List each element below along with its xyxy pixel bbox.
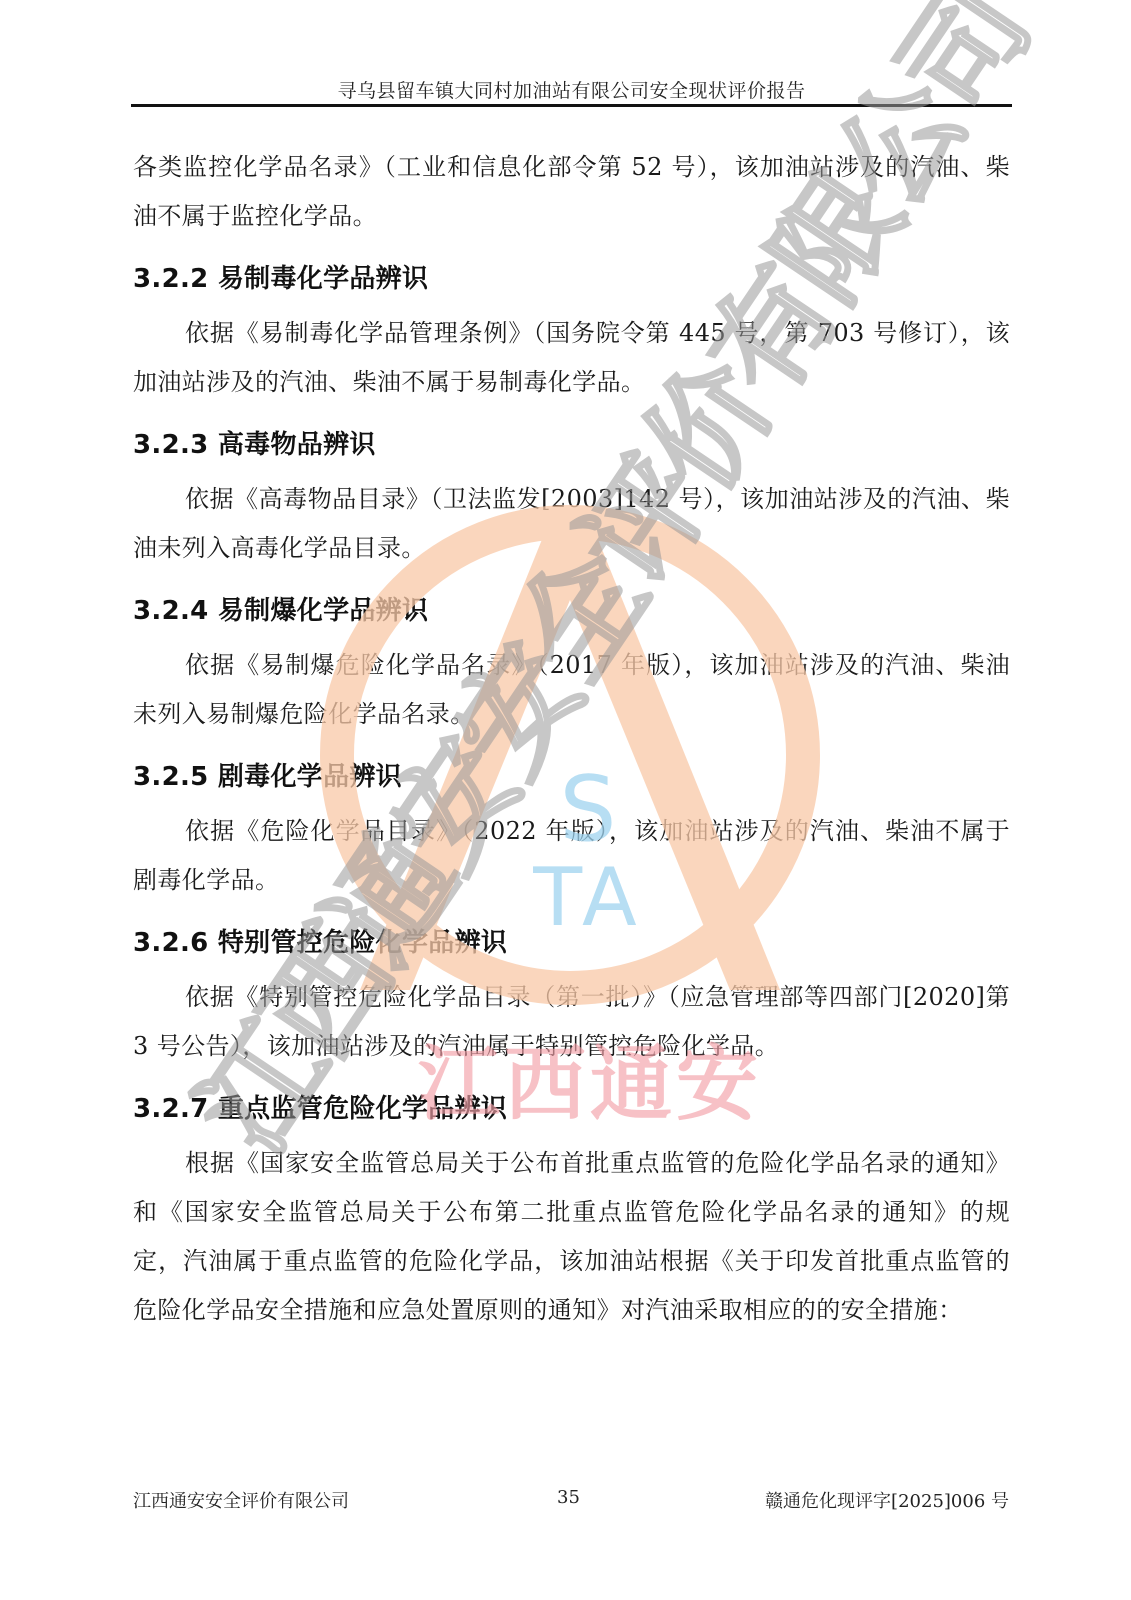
section-3-2-2: 3.2.2 易制毒化学品辨识 依据《易制毒化学品管理条例》（国务院令第 445 … <box>133 261 1010 407</box>
footer-company: 江西通安安全评价有限公司 <box>133 1487 349 1513</box>
section-body: 依据《危险化学品目录》（2022 年版），该加油站涉及的汽油、柴油不属于剧毒化学… <box>133 807 1010 905</box>
section-heading: 3.2.2 易制毒化学品辨识 <box>133 261 1010 297</box>
footer-page-number: 35 <box>557 1487 580 1508</box>
section-3-2-4: 3.2.4 易制爆化学品辨识 依据《易制爆危险化学品名录》（2017 年版），该… <box>133 593 1010 739</box>
section-body: 依据《易制毒化学品管理条例》（国务院令第 445 号，第 703 号修订），该加… <box>133 309 1010 407</box>
footer-report-number: 赣通危化现评字[2025]006 号 <box>765 1487 1009 1513</box>
page-content: 各类监控化学品名录》（工业和信息化部令第 52 号），该加油站涉及的汽油、柴油不… <box>133 143 1010 1335</box>
page-header-title: 寻乌县留车镇大同村加油站有限公司安全现状评价报告 <box>133 76 1010 103</box>
document-page: 寻乌县留车镇大同村加油站有限公司安全现状评价报告 各类监控化学品名录》（工业和信… <box>0 0 1131 1600</box>
section-3-2-5: 3.2.5 剧毒化学品辨识 依据《危险化学品目录》（2022 年版），该加油站涉… <box>133 759 1010 905</box>
section-body: 依据《特别管控危险化学品目录（第一批）》（应急管理部等四部门[2020]第 3 … <box>133 973 1010 1071</box>
section-3-2-3: 3.2.3 高毒物品辨识 依据《高毒物品目录》（卫法监发[2003]142 号）… <box>133 427 1010 573</box>
section-3-2-6: 3.2.6 特别管控危险化学品辨识 依据《特别管控危险化学品目录（第一批）》（应… <box>133 925 1010 1071</box>
section-heading: 3.2.3 高毒物品辨识 <box>133 427 1010 463</box>
section-heading: 3.2.5 剧毒化学品辨识 <box>133 759 1010 795</box>
section-body: 根据《国家安全监管总局关于公布首批重点监管的危险化学品名录的通知》和《国家安全监… <box>133 1139 1010 1335</box>
section-heading: 3.2.7 重点监管危险化学品辨识 <box>133 1091 1010 1127</box>
section-body: 依据《易制爆危险化学品名录》（2017 年版），该加油站涉及的汽油、柴油未列入易… <box>133 641 1010 739</box>
intro-paragraph: 各类监控化学品名录》（工业和信息化部令第 52 号），该加油站涉及的汽油、柴油不… <box>133 143 1010 241</box>
header-divider <box>131 104 1012 107</box>
section-body: 依据《高毒物品目录》（卫法监发[2003]142 号），该加油站涉及的汽油、柴油… <box>133 475 1010 573</box>
section-3-2-7: 3.2.7 重点监管危险化学品辨识 根据《国家安全监管总局关于公布首批重点监管的… <box>133 1091 1010 1335</box>
section-heading: 3.2.6 特别管控危险化学品辨识 <box>133 925 1010 961</box>
section-heading: 3.2.4 易制爆化学品辨识 <box>133 593 1010 629</box>
